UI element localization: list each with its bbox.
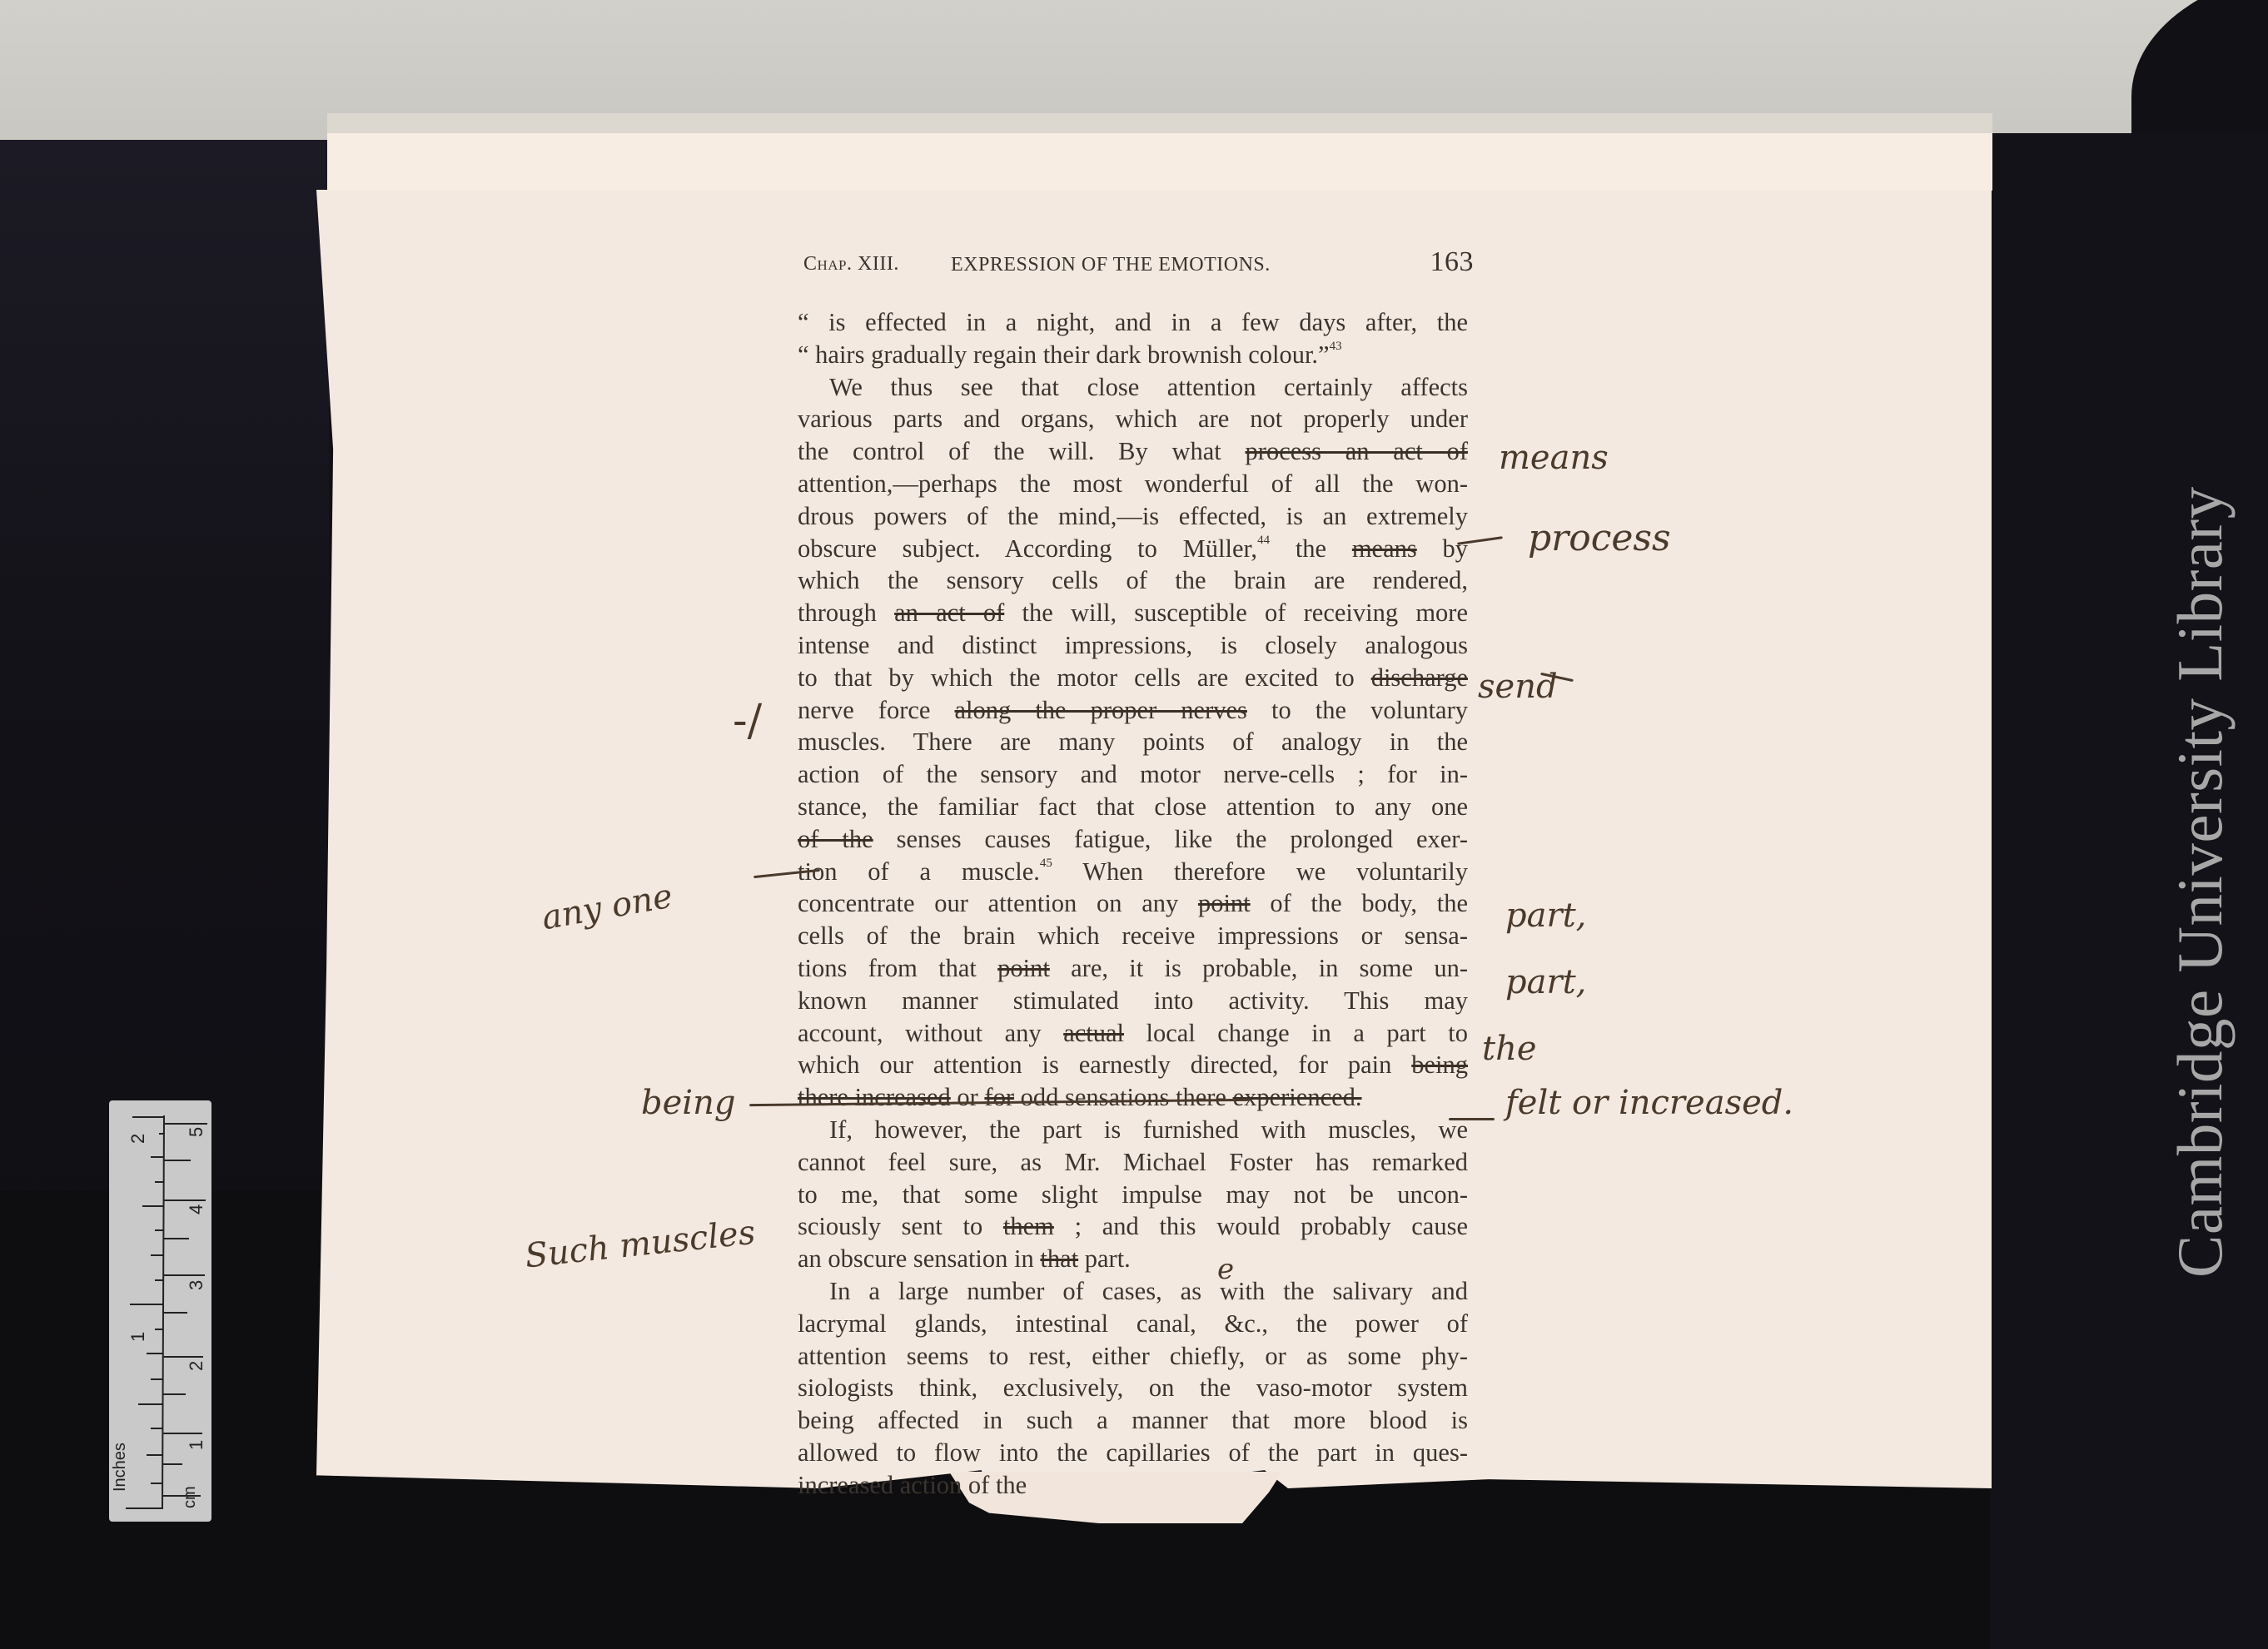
chapter-label: Chap. XIII. xyxy=(803,253,899,276)
line-text: the will, susceptible of receiving more xyxy=(1004,599,1468,627)
annotation-part-1: part, xyxy=(1505,899,1586,932)
line-text: account, without any xyxy=(798,1019,1063,1047)
text-line: to that by which the motor cells are exc… xyxy=(798,662,1468,694)
line-text: the xyxy=(1270,534,1352,563)
line-text: increased action of the xyxy=(798,1471,1027,1499)
line-text: attention seems to rest, either chiefly,… xyxy=(798,1342,1468,1370)
line-text: When therefore we voluntarily xyxy=(1052,857,1468,886)
annotation-process: process xyxy=(1528,520,1671,557)
struck-text: means xyxy=(1352,534,1417,563)
line-text: local change in a part to xyxy=(1124,1019,1468,1047)
struck-text: there increased xyxy=(798,1083,951,1111)
text-line: cannot feel sure, as Mr. Michael Foster … xyxy=(798,1146,1468,1179)
footnote-ref: 45 xyxy=(1040,857,1052,870)
struck-text: actual xyxy=(1063,1019,1124,1047)
text-line: siologists think, exclusively, on the va… xyxy=(798,1372,1468,1404)
struck-text: process an act of xyxy=(1246,437,1468,465)
page-top-band xyxy=(327,133,1992,191)
text-line: obscure subject. According to Müller,44 … xyxy=(798,533,1468,565)
line-text: being affected in such a manner that mor… xyxy=(798,1406,1468,1434)
annotation-the: the xyxy=(1482,1032,1537,1065)
struck-text: for xyxy=(984,1083,1014,1111)
line-text: action of the sensory and motor nerve-ce… xyxy=(798,760,1468,788)
struck-text: an act of xyxy=(894,599,1004,627)
text-line: cells of the brain which receive impress… xyxy=(798,920,1468,952)
line-text: odd sensations there xyxy=(1014,1083,1233,1111)
ruler-cm-label: 4 xyxy=(186,1204,207,1214)
line-text: to me, that some slight impulse may not … xyxy=(798,1180,1468,1209)
text-line: stance, the familiar fact that close att… xyxy=(798,791,1468,823)
line-text: cells of the brain which receive impress… xyxy=(798,921,1468,950)
line-text: stance, the familiar fact that close att… xyxy=(798,792,1468,821)
line-text: to that by which the motor cells are exc… xyxy=(798,663,1371,692)
line-text: concentrate our attention on any xyxy=(798,889,1198,917)
struck-text: discharge xyxy=(1371,663,1468,692)
struck-text: experienced. xyxy=(1233,1083,1362,1111)
text-line: muscles. There are many points of analog… xyxy=(798,726,1468,758)
struck-text: point xyxy=(997,954,1050,982)
struck-text: of the xyxy=(798,825,873,853)
text-line: increased action of the xyxy=(798,1469,1468,1502)
line-text: through xyxy=(798,599,894,627)
line-text: attention,—perhaps the most wonderful of… xyxy=(798,469,1468,498)
line-text: or xyxy=(951,1083,985,1111)
ruler-cm-label: 1 xyxy=(186,1440,207,1450)
text-line: allowed to flow into the capillaries of … xyxy=(798,1437,1468,1469)
text-line: tion of a muscle.45 When therefore we vo… xyxy=(798,856,1468,888)
ruler-inch-label: 2 xyxy=(127,1134,149,1144)
text-line: We thus see that close attention certain… xyxy=(798,371,1468,404)
line-text: of the body, the xyxy=(1251,889,1468,917)
text-line: to me, that some slight impulse may not … xyxy=(798,1179,1468,1211)
text-line: known manner stimulated into activity. T… xyxy=(798,985,1468,1017)
ruler-cm-label: 3 xyxy=(186,1280,207,1290)
text-line: being affected in such a manner that mor… xyxy=(798,1404,1468,1437)
line-text: In a large number of cases, as with the … xyxy=(829,1277,1468,1305)
text-line: action of the sensory and motor nerve-ce… xyxy=(798,758,1468,791)
line-text: senses causes fatigue, like the prolonge… xyxy=(873,825,1468,853)
annotation-felt-or-increased: felt or increased. xyxy=(1505,1086,1793,1120)
text-line: which the sensory cells of the brain are… xyxy=(798,564,1468,597)
annotation-e-mark: e xyxy=(1217,1255,1234,1284)
text-line: “ hairs gradually regain their dark brow… xyxy=(798,339,1468,371)
ruler-cm-label: 2 xyxy=(186,1361,207,1371)
text-line: attention,—perhaps the most wonderful of… xyxy=(798,468,1468,500)
struck-text: being xyxy=(1411,1050,1468,1079)
text-line: account, without any actual local change… xyxy=(798,1017,1468,1050)
line-text: intense and distinct impressions, is clo… xyxy=(798,631,1468,659)
line-text: allowed to flow into the capillaries of … xyxy=(798,1438,1468,1467)
annotation-being: being xyxy=(641,1086,735,1120)
line-text: drous powers of the mind,—is effected, i… xyxy=(798,502,1468,530)
struck-text: them xyxy=(1003,1212,1054,1240)
struck-text: along the proper nerves xyxy=(955,696,1247,724)
measurement-ruler: Inches cm 1 2 1 2 3 4 5 xyxy=(109,1100,211,1522)
line-text: known manner stimulated into activity. T… xyxy=(798,986,1468,1015)
text-line: sciously sent to them ; and this would p… xyxy=(798,1210,1468,1243)
line-text: “ hairs gradually regain their dark brow… xyxy=(798,340,1330,369)
line-text: various parts and organs, which are not … xyxy=(798,405,1468,433)
line-text: the control of the will. By what xyxy=(798,437,1246,465)
line-text: tion of a muscle. xyxy=(798,857,1040,886)
text-line: If, however, the part is furnished with … xyxy=(798,1114,1468,1146)
line-text: siologists think, exclusively, on the va… xyxy=(798,1373,1468,1402)
ruler-cm-label: cm xyxy=(181,1486,200,1508)
text-line: tions from that point are, it is probabl… xyxy=(798,952,1468,985)
text-line: an obscure sensation in that part. xyxy=(798,1243,1468,1275)
line-text: If, however, the part is furnished with … xyxy=(829,1115,1468,1144)
line-text: We thus see that close attention certain… xyxy=(829,373,1468,401)
line-text: “ is effected in a night, and in a few d… xyxy=(798,308,1468,336)
line-text: part. xyxy=(1078,1244,1131,1273)
text-line: nerve force along the proper nerves to t… xyxy=(798,694,1468,727)
text-line: attention seems to rest, either chiefly,… xyxy=(798,1340,1468,1373)
line-text: which our attention is earnestly directe… xyxy=(798,1050,1411,1079)
line-text: obscure subject. According to Müller, xyxy=(798,534,1257,563)
line-text: by xyxy=(1417,534,1468,563)
line-text: nerve force xyxy=(798,696,955,724)
annotation-dash-mark: -/ xyxy=(733,699,762,743)
line-text: tions from that xyxy=(798,954,997,982)
text-line: various parts and organs, which are not … xyxy=(798,403,1468,435)
struck-text: that xyxy=(1040,1244,1078,1273)
text-line: through an act of the will, susceptible … xyxy=(798,597,1468,629)
line-text: muscles. There are many points of analog… xyxy=(798,728,1468,756)
running-head: Chap. XIII. EXPRESSION OF THE EMOTIONS. … xyxy=(803,251,1474,285)
ruler-inch-label: 1 xyxy=(127,1332,149,1342)
ruler-inches-label: Inches xyxy=(111,1443,130,1492)
text-line: In a large number of cases, as with the … xyxy=(798,1275,1468,1308)
text-line: lacrymal glands, intestinal canal, &c., … xyxy=(798,1308,1468,1340)
line-text: cannot feel sure, as Mr. Michael Foster … xyxy=(798,1148,1468,1176)
line-text: are, it is probable, in some un- xyxy=(1050,954,1468,982)
text-line: which our attention is earnestly directe… xyxy=(798,1049,1468,1081)
page-top-edge xyxy=(327,113,1992,135)
annotation-part-2: part, xyxy=(1505,966,1586,999)
line-text: sciously sent to xyxy=(798,1212,1003,1240)
text-line: drous powers of the mind,—is effected, i… xyxy=(798,500,1468,533)
insertion-line xyxy=(1449,1118,1495,1120)
text-line: “ is effected in a night, and in a few d… xyxy=(798,306,1468,339)
line-text: ; and this would probably cause xyxy=(1054,1212,1468,1240)
text-line: of the senses causes fatigue, like the p… xyxy=(798,823,1468,856)
line-text: an obscure sensation in xyxy=(798,1244,1040,1273)
running-title: EXPRESSION OF THE EMOTIONS. xyxy=(951,254,1271,276)
line-text: lacrymal glands, intestinal canal, &c., … xyxy=(798,1309,1468,1338)
text-line: the control of the will. By what process… xyxy=(798,435,1468,468)
text-line: intense and distinct impressions, is clo… xyxy=(798,629,1468,662)
line-text: which the sensory cells of the brain are… xyxy=(798,566,1468,594)
text-line: concentrate our attention on any point o… xyxy=(798,887,1468,920)
page-number: 163 xyxy=(1430,246,1475,278)
body-text: “ is effected in a night, and in a few d… xyxy=(798,306,1468,1501)
struck-text: point xyxy=(1198,889,1251,917)
footnote-ref: 44 xyxy=(1257,534,1270,547)
ruler-cm-label: 5 xyxy=(186,1127,207,1137)
annotation-means: means xyxy=(1499,441,1609,474)
text-line: there increased or for odd sensations th… xyxy=(798,1081,1468,1114)
footnote-ref: 43 xyxy=(1330,340,1342,353)
library-watermark: Cambridge University Library xyxy=(2163,486,2237,1278)
line-text: to the voluntary xyxy=(1247,696,1468,724)
